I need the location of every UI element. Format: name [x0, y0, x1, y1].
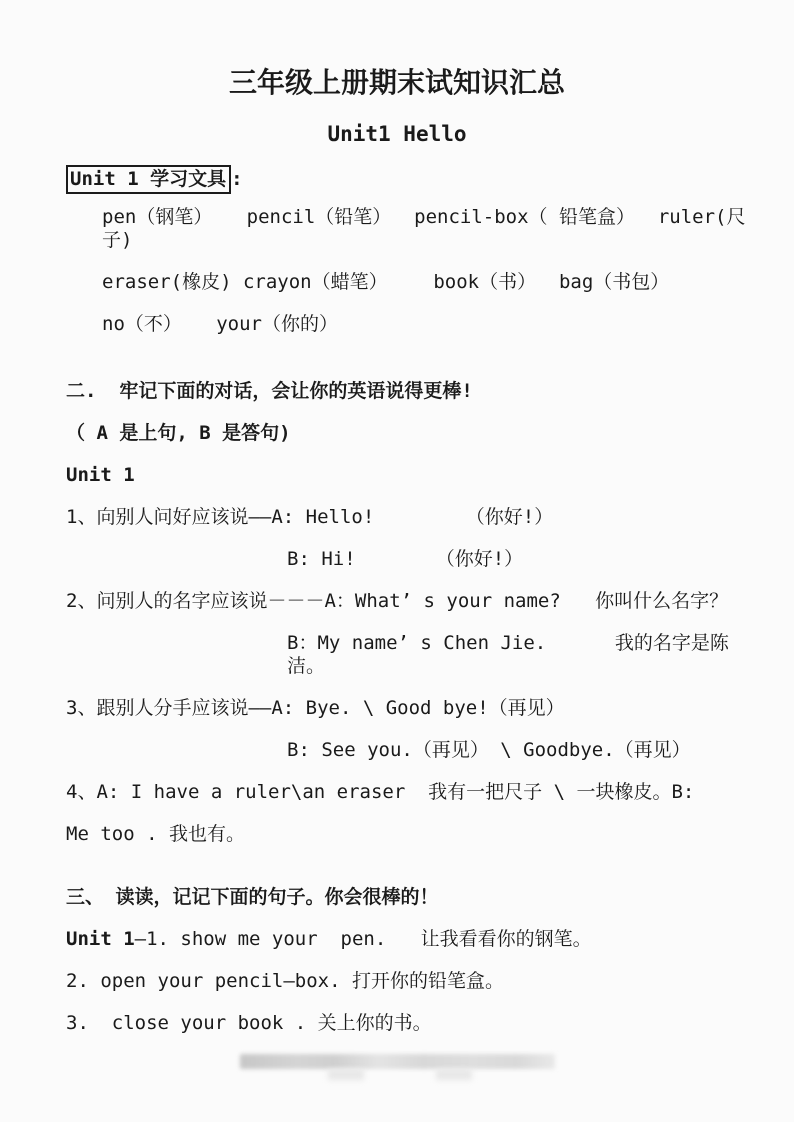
- dialogue-line-3b: B: See you.（再见） \ Goodbye.（再见）: [66, 739, 754, 762]
- sentence-line-1-text: —1. show me your pen. 让我看看你的钢笔。: [135, 928, 592, 950]
- vocab-line-1: pen（钢笔） pencil（铅笔） pencil-box（ 铅笔盒） rule…: [66, 206, 754, 252]
- document-page: 三年级上册期末试知识汇总 Unit1 Hello Unit 1 学习文具: pe…: [0, 0, 794, 1122]
- sentence-line-1: Unit 1—1. show me your pen. 让我看看你的钢笔。: [66, 928, 754, 951]
- watermark-smudge-1: [328, 1069, 364, 1080]
- dialogue-line-4b: Me too . 我也有。: [66, 823, 754, 846]
- dialogue-line-3a: 3、跟别人分手应该说——A: Bye. \ Good bye!（再见）: [66, 697, 754, 720]
- vocab-line-3: no（不） your（你的）: [66, 313, 754, 336]
- dialogue-line-1b: B: Hi! （你好!）: [66, 548, 754, 571]
- section2-note: （ A 是上句, B 是答句): [66, 422, 754, 445]
- dialogue-line-4a: 4、A: I have a ruler\an eraser 我有一把尺子 \ 一…: [66, 781, 754, 804]
- section2-heading: 二. 牢记下面的对话，会让你的英语说得更棒!: [66, 380, 754, 403]
- sentence-line-2: 2. open your pencil—box. 打开你的铅笔盒。: [66, 970, 754, 993]
- watermark-smudge-2: [436, 1069, 472, 1080]
- section1-heading-box: Unit 1 学习文具: [66, 165, 231, 194]
- sentence-line-3: 3. close your book . 关上你的书。: [66, 1012, 754, 1035]
- section3-heading: 三、 读读，记记下面的句子。你会很棒的！: [66, 886, 754, 909]
- sentence-unit-prefix: Unit 1: [66, 928, 135, 950]
- dialogue-line-2a: 2、问别人的名字应该说－－－A：What’ s your name? 你叫什么名…: [66, 590, 754, 613]
- dialogue-line-2b: B：My name’ s Chen Jie. 我的名字是陈洁。: [66, 632, 754, 678]
- section1-heading: Unit 1 学习文具:: [66, 165, 754, 194]
- watermark-blur: [240, 1054, 754, 1098]
- vocab-line-2: eraser(橡皮) crayon（蜡笔） book（书） bag（书包）: [66, 271, 754, 294]
- dialogue-line-1a: 1、向别人问好应该说——A: Hello! （你好!）: [66, 506, 754, 529]
- section1-heading-colon: :: [231, 168, 242, 190]
- section2-unit-label: Unit 1: [66, 464, 754, 487]
- page-title: 三年级上册期末试知识汇总: [40, 66, 754, 100]
- watermark-bar: [240, 1054, 555, 1069]
- page-subtitle: Unit1 Hello: [40, 120, 754, 148]
